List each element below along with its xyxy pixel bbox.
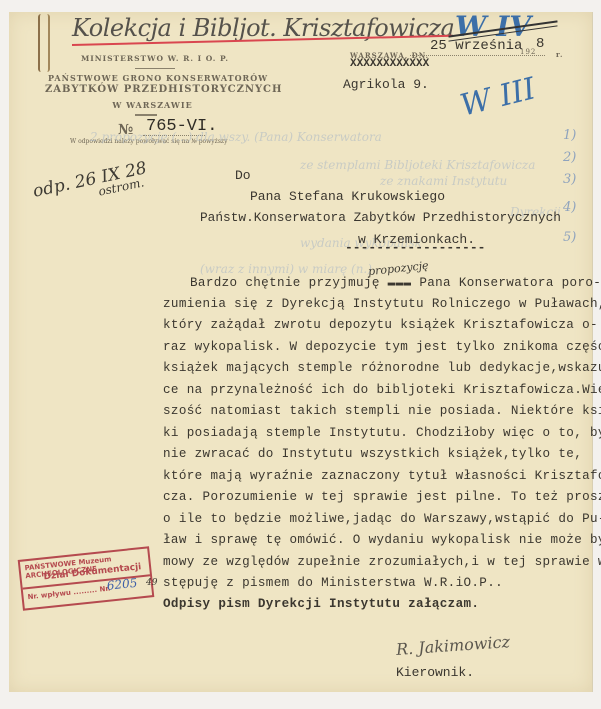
margin-number-3: 3) [563,172,576,187]
body-line-16: Odpisy pism Dyrekcji Instytutu załączam. [163,597,479,611]
body-line-2: zumienia się z Dyrekcją Instytutu Rolnic… [163,297,601,311]
year-digit: 8 [536,36,544,52]
pencil-note-3: ze znakami Instytutu [380,174,507,188]
body-line-9: nie zwracać do Instytutu wszystkich ksią… [163,447,582,461]
body-line-13: ław i sprawę tę omówić. O wydaniu wykopa… [163,533,601,547]
margin-number-2: 2) [563,150,576,165]
header-rule-2 [135,114,157,116]
body-line-4: raz wykopalisk. W depozycie tym jest tyl… [163,340,601,354]
stamp-entry-number: 6205 [106,576,138,593]
letter-date: 25 września [430,38,522,54]
pencil-note-6: (wraz z innymi) w miarę (n.) [200,262,372,276]
signatory-role: Kierownik. [396,665,474,680]
struck-out-text: XXXXXXXXXXXX [350,58,429,70]
pencil-note-1: 2 propozycję (...) dla wszy. (Pana) Kons… [90,130,382,144]
paper-stain [38,14,50,72]
letterhead-line-3: W WARSZAWIE [100,100,205,110]
margin-number-5: 5) [563,230,576,245]
ministry-header: MINISTERSTWO W. R. I O. P. [70,54,240,63]
recipient-title: Państw.Konserwatora Zabytków Przedhistor… [200,210,561,225]
margin-number-4: 4) [563,200,576,215]
body-line-14: mowy ze względów zupełnie zrozumiałych,i… [163,555,601,569]
body-line-15: stępuję z pismem do Ministerstwa W.R.iO.… [163,576,503,590]
stamp-suffix: 49 [146,578,157,588]
year-suffix: r. [556,50,563,59]
body-line-7: szość natomiast takich stempli nie posia… [163,404,601,418]
year-prefix: 192 [520,48,536,56]
body-line-6: ce na przynależność ich do bibljoteki Kr… [163,383,601,397]
body-line-5: książek mających stemple różnorodne lub … [163,361,601,375]
header-rule [135,68,175,69]
letterhead-line-1: PAŃSTWOWE GRONO KONSERWATORÓW [48,73,258,83]
body-line-3: który zażądał zwrotu depozytu książek Kr… [163,318,598,332]
body-line-12: o ile to będzie możliwe,jadąc do Warszaw… [163,512,601,526]
body-line-11: cza. Porozumienie w tej sprawie jest pil… [163,490,601,504]
margin-number-1: 1) [563,128,576,143]
recipient-to: Do [235,168,251,183]
body-line-1: Bardzo chętnie przyjmuję ▬▬▬ Pana Konser… [190,276,601,290]
recipient-underline: ------------------ [345,240,485,255]
letterhead-line-2: ZABYTKÓW PRZEDHISTORYCZNYCH [45,84,260,95]
body-line-8: ki posiadają stemple Instytutu. Chodziło… [163,426,601,440]
sender-address: Agrikola 9. [343,77,429,92]
recipient-name: Pana Stefana Krukowskiego [250,189,445,204]
pencil-note-2: ze stemplami Bibljoteki Krisztafowicza [300,158,535,172]
body-line-10: które mają wyraźnie zaznaczony tytuł wła… [163,469,601,483]
